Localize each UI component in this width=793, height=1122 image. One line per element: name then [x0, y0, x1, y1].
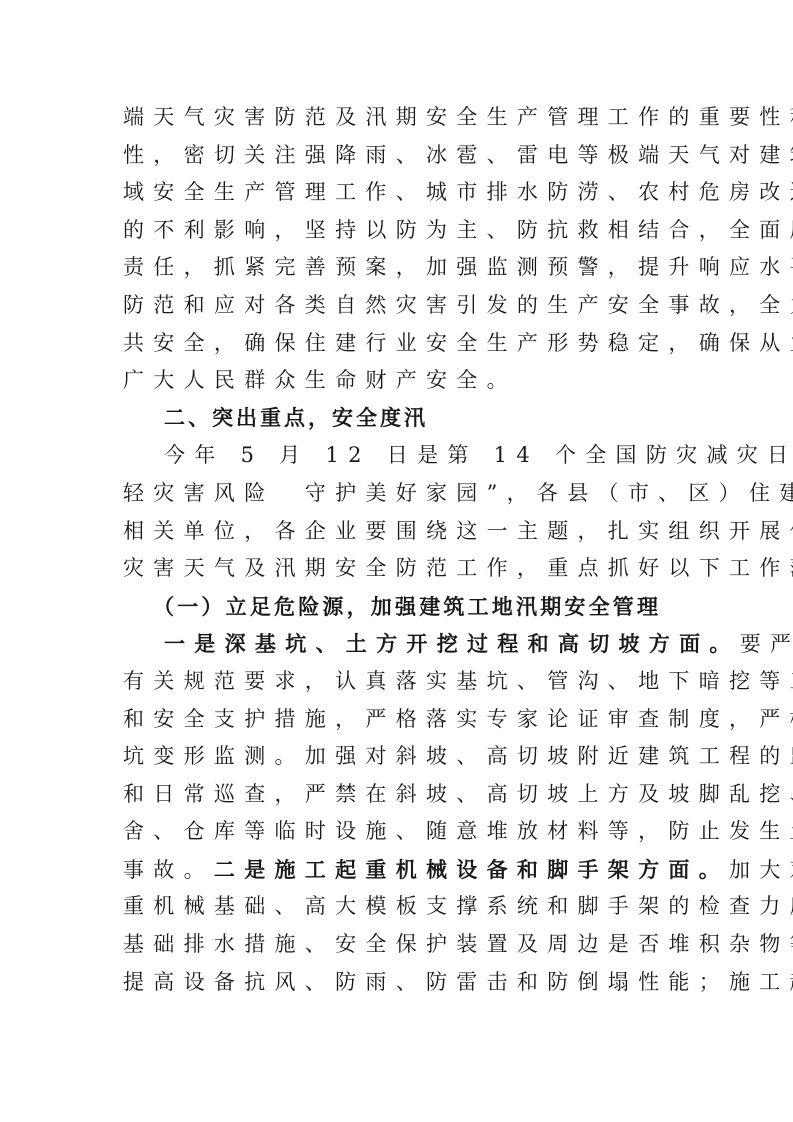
text-line: 一是深基坑、土方开挖过程和高切坡方面。要严格按照: [123, 625, 675, 663]
text-line: 端天气灾害防范及汛期安全生产管理工作的重要性和紧迫: [123, 99, 675, 137]
text-line: 防范和应对各类自然灾害引发的生产安全事故，全力保障公: [123, 287, 675, 325]
text-line: 轻灾害风险 守护美好家园”，各县（市、区）住建局，各: [123, 475, 675, 513]
text-line: 相关单位，各企业要围绕这一主题，扎实组织开展住建领域: [123, 513, 675, 551]
text-run: 事故。: [123, 858, 214, 882]
text-line: 和安全支护措施，严格落实专家论证审查制度，严格实施基: [123, 701, 675, 739]
text-line: 舍、仓库等临时设施、随意堆放材料等，防止发生土方坍塌: [123, 813, 675, 851]
text-line: 广大人民群众生命财产安全。: [123, 362, 675, 400]
text-line: 的不利影响，坚持以防为主、防抗救相结合，全面压实各方: [123, 212, 675, 250]
text-line: 有关规范要求，认真落实基坑、管沟、地下暗挖等工程开挖: [123, 663, 675, 701]
text-line: 今年 5 月 12 日是第 14 个全国防灾减灾日，主题是“减: [123, 437, 675, 475]
subsection-heading: （一）立足危险源，加强建筑工地汛期安全管理: [123, 588, 675, 626]
bold-lead: 一是深基坑、土方开挖过程和高切坡方面。: [164, 631, 740, 656]
text-line: 提高设备抗风、防雨、防雷击和防倒塌性能；施工起重机械: [123, 964, 675, 1002]
text-line: 域安全生产管理工作、城市排水防涝、农村危房改造等带来: [123, 174, 675, 212]
section-heading: 二、突出重点，安全度汛: [123, 400, 675, 438]
bold-lead: 二是施工起重机械设备和脚手架方面。: [214, 857, 729, 882]
text-line: 和日常巡查，严禁在斜坡、高切坡上方及坡脚乱挖、乱建宿: [123, 776, 675, 814]
text-line: 坑变形监测。加强对斜坡、高切坡附近建筑工程的监督检查: [123, 738, 675, 776]
text-line: 重机械基础、高大模板支撑系统和脚手架的检查力度，检查: [123, 888, 675, 926]
text-line: 基础排水措施、安全保护装置及周边是否堆积杂物等情况，: [123, 926, 675, 964]
text-line: 共安全，确保住建行业安全生产形势稳定，确保从业人员及: [123, 325, 675, 363]
text-line: 性，密切关注强降雨、冰雹、雷电等极端天气对建筑施工领: [123, 137, 675, 175]
document-page: 端天气灾害防范及汛期安全生产管理工作的重要性和紧迫 性，密切关注强降雨、冰雹、雷…: [123, 99, 675, 1001]
text-run: 加大对建筑起: [729, 858, 793, 882]
text-line: 灾害天气及汛期安全防范工作，重点抓好以下工作落实：: [123, 550, 675, 588]
text-run: 要严格按照: [740, 632, 793, 656]
text-line: 事故。二是施工起重机械设备和脚手架方面。加大对建筑起: [123, 851, 675, 889]
text-line: 责任，抓紧完善预案，加强监测预警，提升响应水平，有效: [123, 249, 675, 287]
